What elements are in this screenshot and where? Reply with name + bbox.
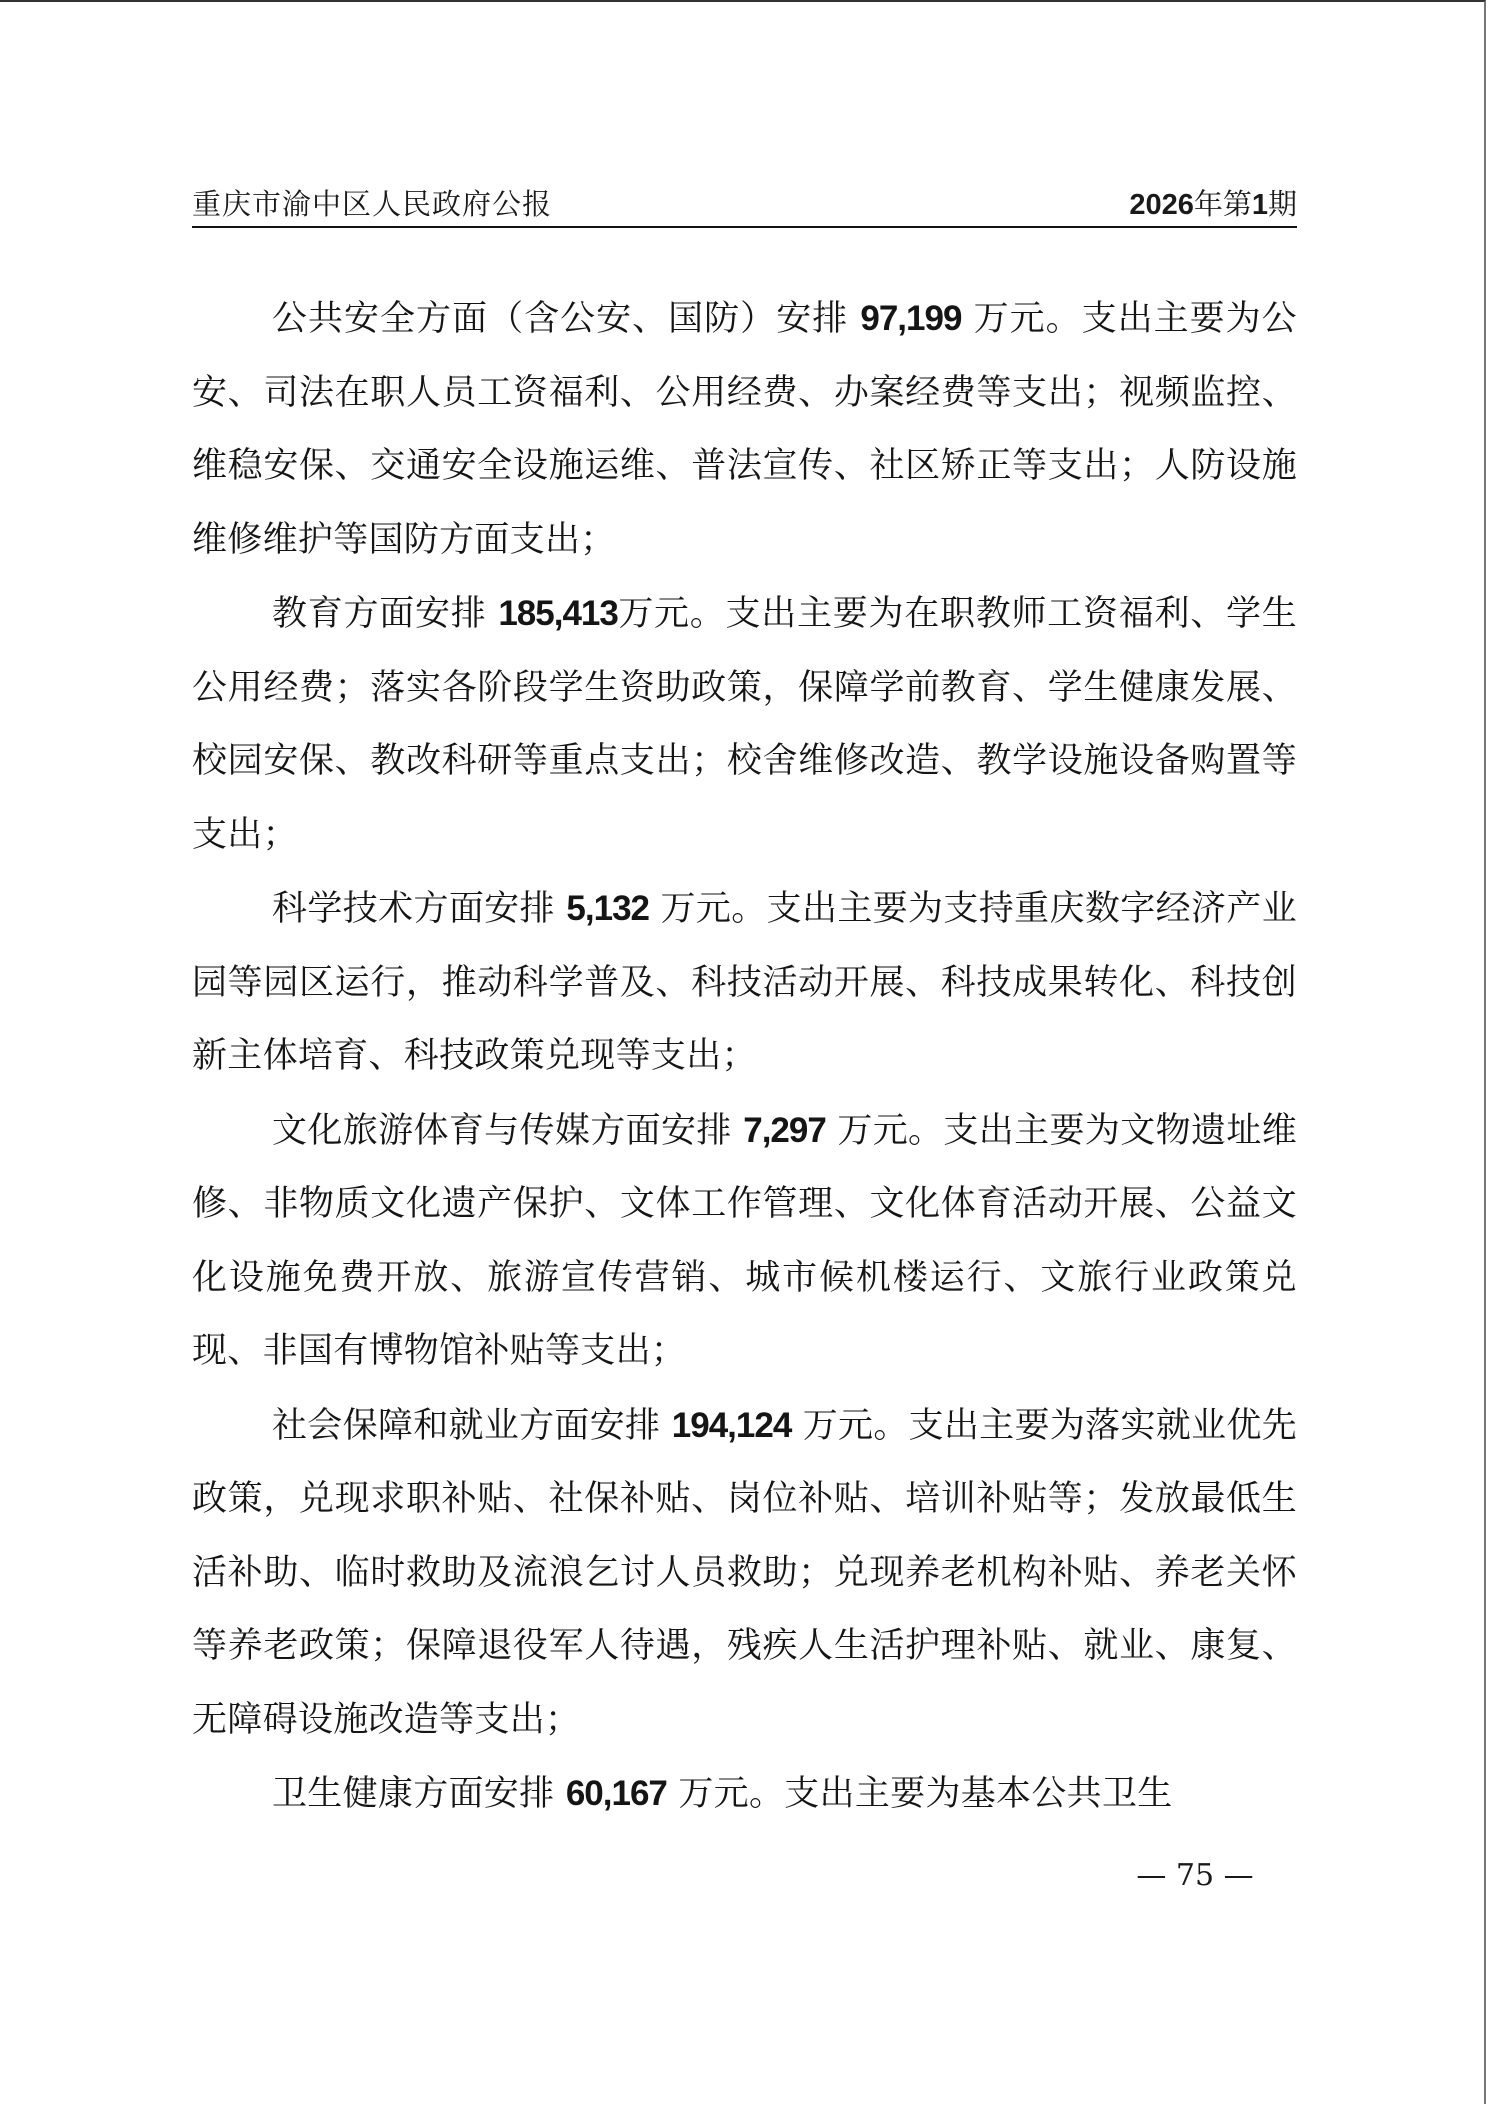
paragraph-suffix: 万元。支出主要为基本公共卫生 xyxy=(678,1774,1172,1814)
issue-label: 2026年第1期 xyxy=(1129,182,1297,223)
issue-year-suffix: 年第 xyxy=(1194,187,1252,221)
amount-value: 194,124 xyxy=(672,1406,792,1445)
paragraph-science-technology: 科学技术方面安排 5,132 万元。支出主要为支持重庆数字经济产业园等园区运行，… xyxy=(192,872,1297,1094)
paragraph-prefix: 卫生健康方面安排 xyxy=(272,1774,554,1814)
paragraph-prefix: 教育方面安排 xyxy=(272,594,486,634)
paragraph-prefix: 文化旅游体育与传媒方面安排 xyxy=(272,1111,732,1151)
body-text: 公共安全方面（含公安、国防）安排 97,199 万元。支出主要为公安、司法在职人… xyxy=(192,282,1297,1832)
publication-title: 重庆市渝中区人民政府公报 xyxy=(192,182,552,223)
paragraph-culture-tourism-sports-media: 文化旅游体育与传媒方面安排 7,297 万元。支出主要为文物遗址维修、非物质文化… xyxy=(192,1094,1297,1389)
amount-value: 185,413 xyxy=(498,594,618,633)
paragraph-prefix: 科学技术方面安排 xyxy=(272,889,555,929)
paragraph-prefix: 公共安全方面（含公安、国防）安排 xyxy=(272,299,848,339)
paragraph-prefix: 社会保障和就业方面安排 xyxy=(272,1406,660,1446)
paragraph-public-security: 公共安全方面（含公安、国防）安排 97,199 万元。支出主要为公安、司法在职人… xyxy=(192,282,1297,577)
running-header: 重庆市渝中区人民政府公报 2026年第1期 xyxy=(192,178,1297,228)
amount-value: 97,199 xyxy=(860,299,961,338)
paragraph-health: 卫生健康方面安排 60,167 万元。支出主要为基本公共卫生 xyxy=(192,1757,1297,1832)
amount-value: 7,297 xyxy=(743,1111,826,1150)
paragraph-education: 教育方面安排 185,413万元。支出主要为在职教师工资福利、学生公用经费；落实… xyxy=(192,577,1297,872)
page-number: — 75 — xyxy=(1120,1858,1270,1893)
paragraph-suffix: 万元。支出主要为落实就业优先政策，兑现求职补贴、社保补贴、岗位补贴、培训补贴等；… xyxy=(192,1406,1297,1740)
amount-value: 60,167 xyxy=(566,1774,667,1813)
paragraph-social-security-employment: 社会保障和就业方面安排 194,124 万元。支出主要为落实就业优先政策，兑现求… xyxy=(192,1389,1297,1758)
issue-number: 1 xyxy=(1252,189,1268,221)
issue-suffix: 期 xyxy=(1268,187,1297,221)
issue-year: 2026 xyxy=(1129,189,1194,221)
amount-value: 5,132 xyxy=(566,889,649,928)
